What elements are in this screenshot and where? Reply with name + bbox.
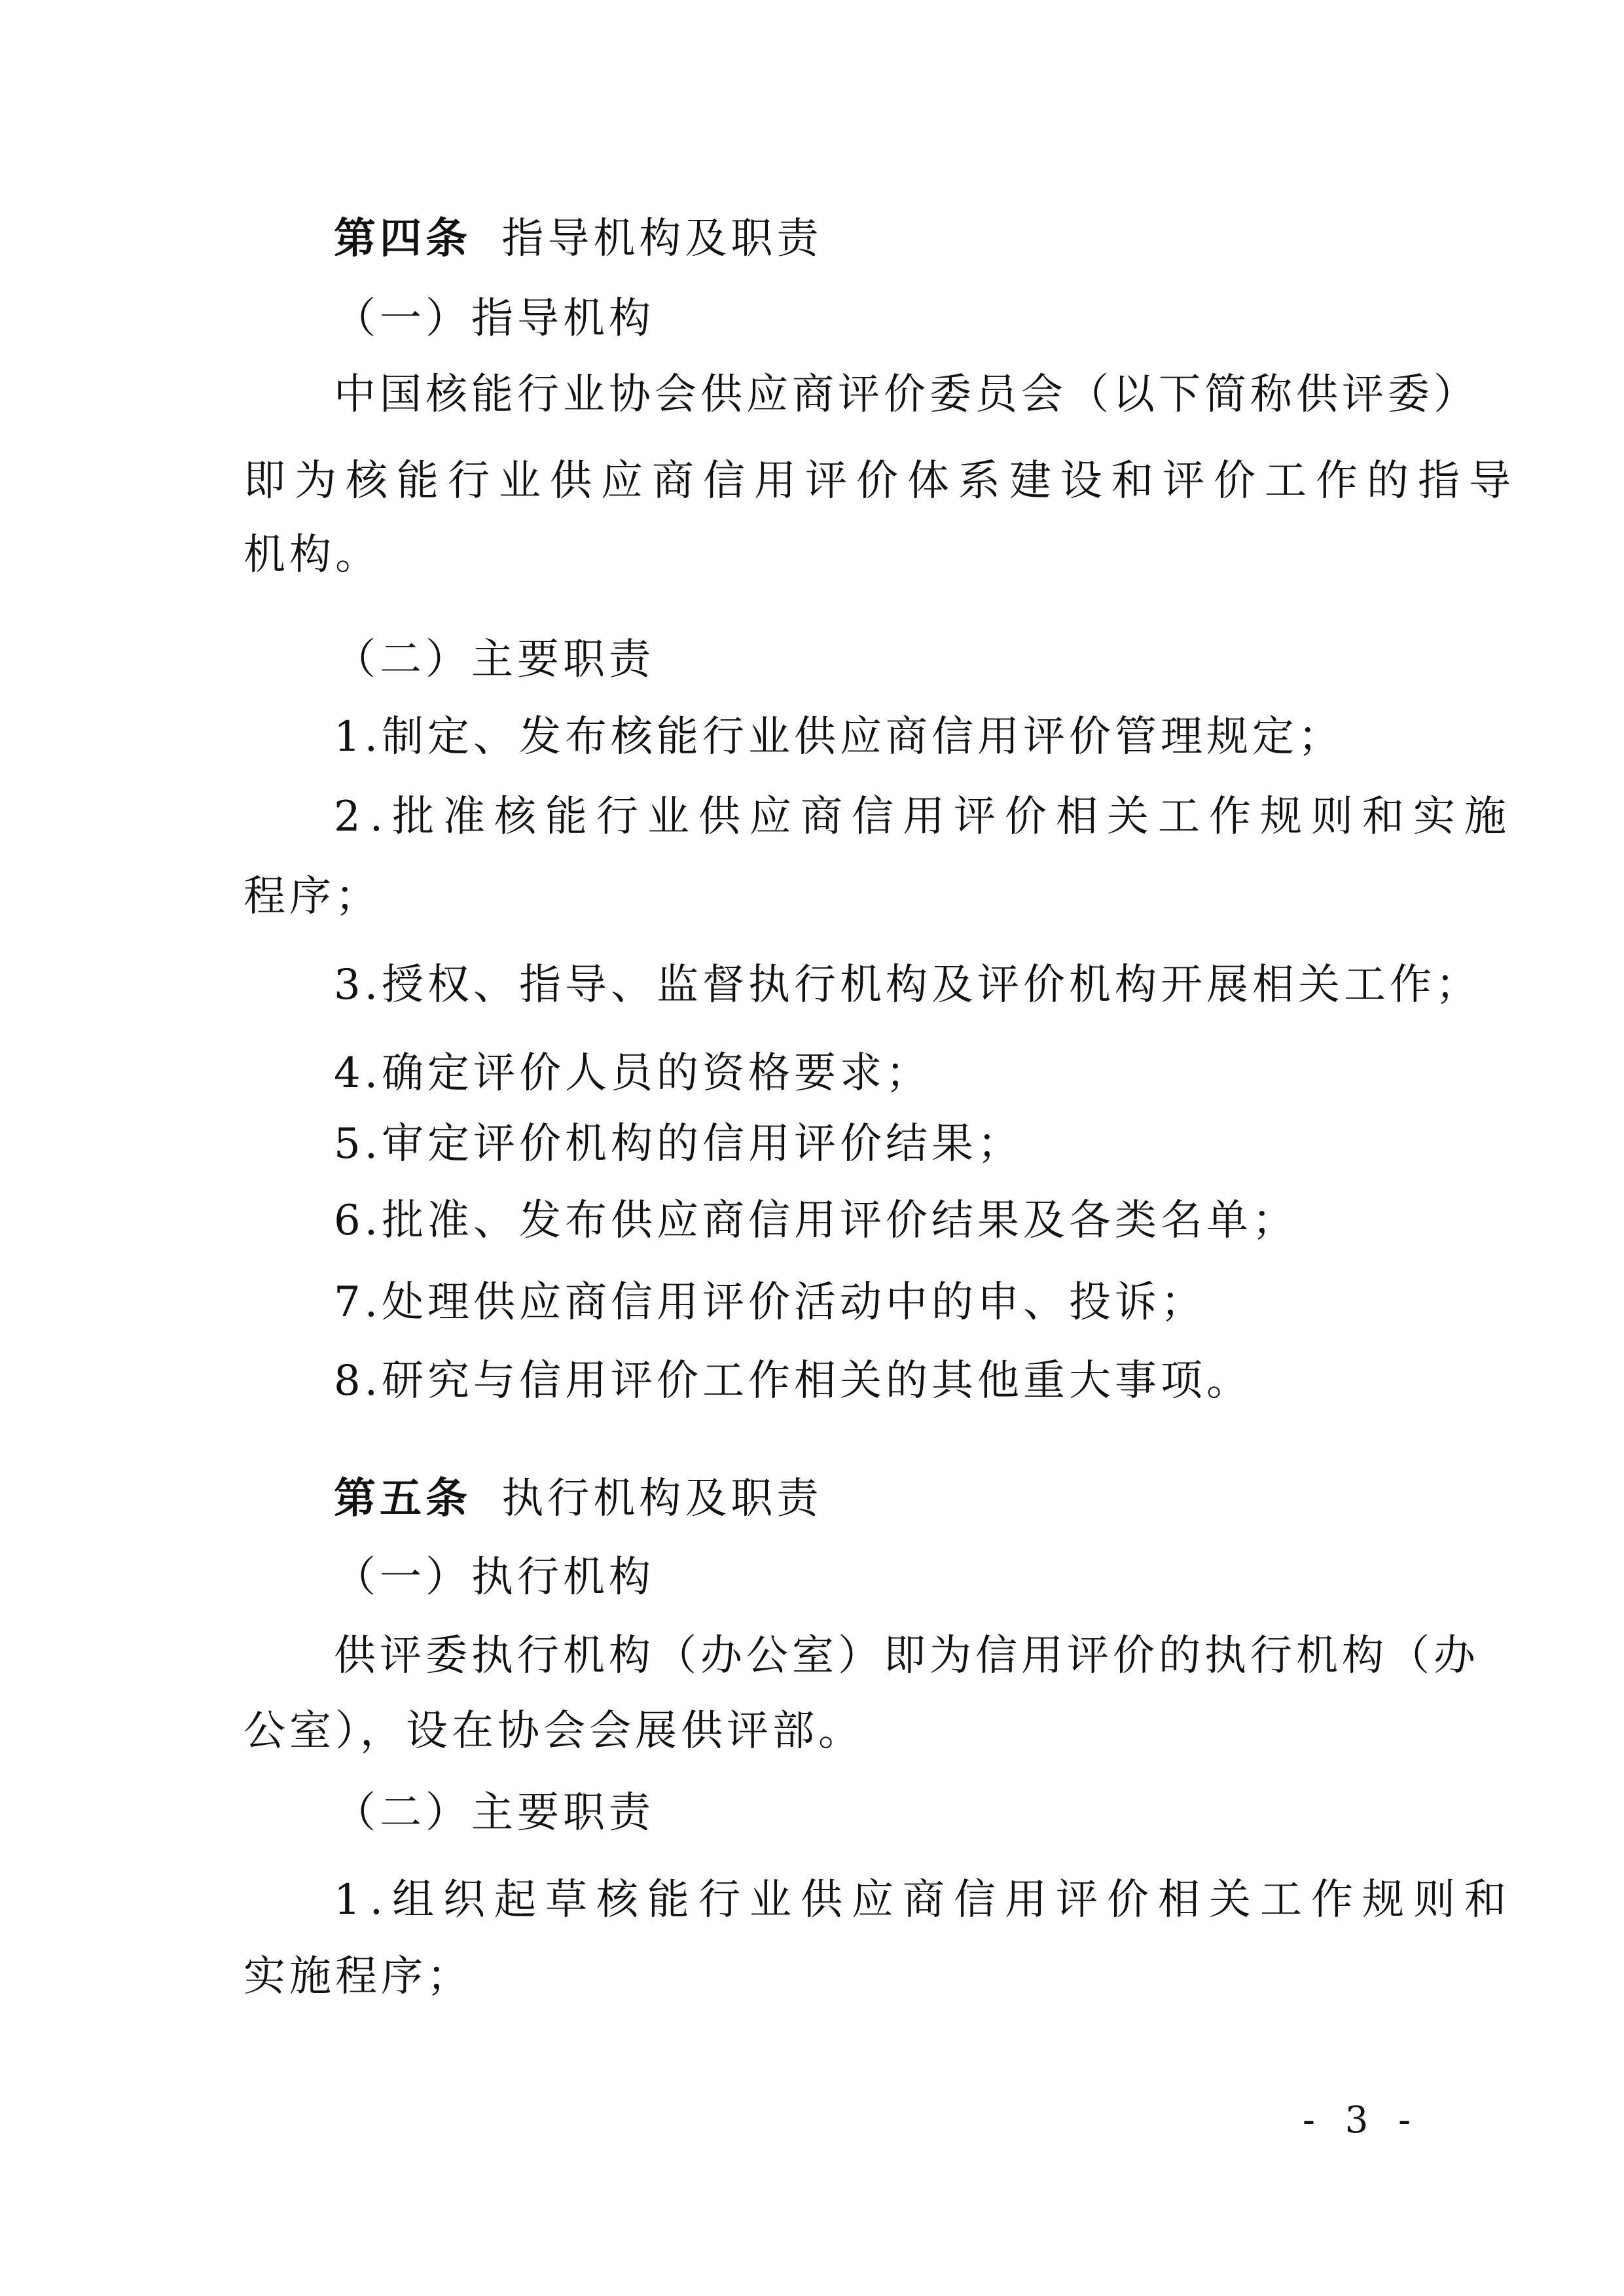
article-5-item-1: 1.组织起草核能行业供应商信用评价相关工作规则和 <box>334 1874 1515 1926</box>
article-5-subheading-1: （一）执行机构 <box>334 1551 655 1604</box>
article-4-item-5: 5.审定评价机构的信用评价结果； <box>334 1118 1023 1170</box>
article-4-item-2: 2.批准核能行业供应商信用评价相关工作规则和实施 <box>334 791 1515 843</box>
article-4-subheading-1: （一）指导机构 <box>334 293 655 345</box>
article-5-label: 第五条 <box>334 1474 471 1523</box>
article-4-subheading-2: （二）主要职责 <box>334 634 655 686</box>
article-5-subheading-2: （二）主要职责 <box>334 1787 655 1839</box>
article-4-title: 指导机构及职责 <box>501 215 822 263</box>
article-4-item-7: 7.处理供应商信用评价活动中的申、投诉； <box>334 1276 1206 1329</box>
article-5-paragraph-line-2: 公室），设在协会会展供评部。 <box>244 1705 864 1757</box>
article-4-heading: 第四条 指导机构及职责 <box>334 213 822 265</box>
article-5-paragraph-line-1: 供评委执行机构（办公室）即为信用评价的执行机构（办 <box>334 1630 1479 1682</box>
article-5-title: 执行机构及职责 <box>501 1475 822 1523</box>
article-4-item-6: 6.批准、发布供应商信用评价结果及各类名单； <box>334 1194 1298 1247</box>
article-4-item-8: 8.研究与信用评价工作相关的其他重大事项。 <box>334 1355 1252 1407</box>
article-4-item-3: 3.授权、指导、监督执行机构及评价机构开展相关工作； <box>334 959 1481 1011</box>
article-4-paragraph-line-2: 即为核能行业供应商信用评价体系建设和评价工作的指导 <box>244 455 1520 507</box>
article-4-paragraph-line-3: 机构。 <box>244 529 381 581</box>
article-4-label: 第四条 <box>334 214 471 263</box>
page-number: - 3 - <box>1303 2098 1420 2144</box>
article-4-item-2-continued: 程序； <box>244 870 381 923</box>
article-5-heading: 第五条 执行机构及职责 <box>334 1473 822 1525</box>
article-4-item-1: 1.制定、发布核能行业供应商信用评价管理规定； <box>334 711 1344 763</box>
article-4-paragraph-line-1: 中国核能行业协会供应商评价委员会（以下简称供评委） <box>334 368 1479 421</box>
article-5-item-1-continued: 实施程序； <box>244 1950 473 2003</box>
article-4-item-4: 4.确定评价人员的资格要求； <box>334 1047 931 1100</box>
